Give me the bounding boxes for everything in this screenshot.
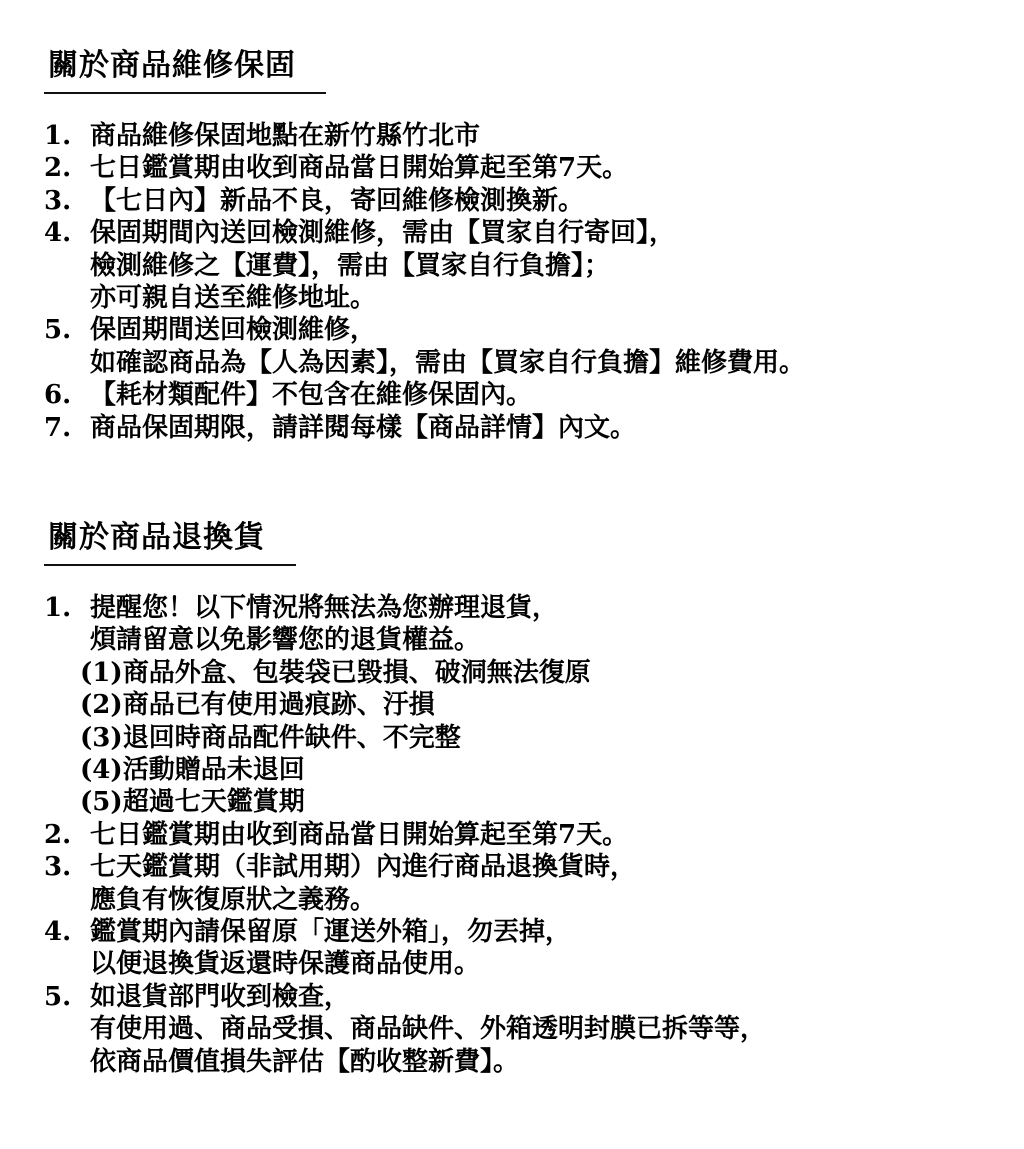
- sub-list-item: (5)超過七天鑑賞期: [44, 786, 766, 818]
- list-item-continuation: 如確認商品為【人為因素】，需由【買家自行負擔】維修費用。: [44, 347, 805, 379]
- list-item-continuation: 以便退換貨返還時保護商品使用。: [44, 948, 766, 980]
- list-item: 2.七日鑑賞期由收到商品當日開始算起至第7天。: [44, 152, 805, 184]
- sub-list-item: (2)商品已有使用過痕跡、汙損: [44, 689, 766, 721]
- list-item: 4.鑑賞期內請保留原「運送外箱」，勿丟掉，: [44, 916, 766, 948]
- returns-list: 1.提醒您！以下情況將無法為您辦理退貨， 煩請留意以免影響您的退貨權益。 (1)…: [44, 592, 766, 1078]
- list-item-continuation: 依商品價值損失評估【酌收整新費】。: [44, 1046, 766, 1078]
- returns-heading: 關於商品退換貨: [44, 518, 296, 566]
- sub-list-item: (3)退回時商品配件缺件、不完整: [44, 722, 766, 754]
- warranty-list: 1.商品維修保固地點在新竹縣竹北市 2.七日鑑賞期由收到商品當日開始算起至第7天…: [44, 120, 805, 444]
- list-item-continuation: 應負有恢復原狀之義務。: [44, 884, 766, 916]
- list-item: 2.七日鑑賞期由收到商品當日開始算起至第7天。: [44, 819, 766, 851]
- list-item: 7.商品保固期限，請詳閱每樣【商品詳情】內文。: [44, 412, 805, 444]
- warranty-heading: 關於商品維修保固: [44, 46, 326, 94]
- list-item: 3.【七日內】新品不良，寄回維修檢測換新。: [44, 185, 805, 217]
- sub-list-item: (4)活動贈品未退回: [44, 754, 766, 786]
- list-item: 4.保固期間內送回檢測維修，需由【買家自行寄回】，: [44, 217, 805, 249]
- returns-section: 關於商品退換貨 1.提醒您！以下情況將無法為您辦理退貨， 煩請留意以免影響您的退…: [44, 518, 766, 1078]
- list-item-continuation: 亦可親自送至維修地址。: [44, 282, 805, 314]
- list-item: 3.七天鑑賞期（非試用期）內進行商品退換貨時，: [44, 851, 766, 883]
- list-item: 5.保固期間送回檢測維修，: [44, 314, 805, 346]
- list-item: 5.如退貨部門收到檢查，: [44, 981, 766, 1013]
- list-item: 1.商品維修保固地點在新竹縣竹北市: [44, 120, 805, 152]
- list-item: 1.提醒您！以下情況將無法為您辦理退貨，: [44, 592, 766, 624]
- list-item-continuation: 有使用過、商品受損、商品缺件、外箱透明封膜已拆等等，: [44, 1013, 766, 1045]
- warranty-section: 關於商品維修保固 1.商品維修保固地點在新竹縣竹北市 2.七日鑑賞期由收到商品當…: [44, 46, 805, 444]
- list-item: 6.【耗材類配件】不包含在維修保固內。: [44, 379, 805, 411]
- sub-list-item: (1)商品外盒、包裝袋已毀損、破洞無法復原: [44, 657, 766, 689]
- list-item-continuation: 煩請留意以免影響您的退貨權益。: [44, 624, 766, 656]
- list-item-continuation: 檢測維修之【運費】，需由【買家自行負擔】；: [44, 250, 805, 282]
